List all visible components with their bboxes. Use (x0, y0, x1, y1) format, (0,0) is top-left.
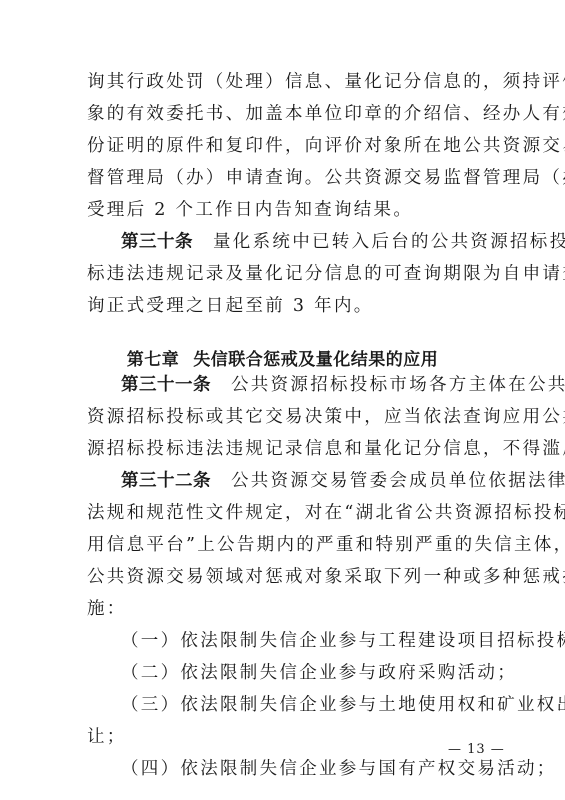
article-31-text: 公共资源招标投标市场各方主体在公共 (231, 375, 565, 395)
article-31-line: 第三十一条公共资源招标投标市场各方主体在公共 (121, 374, 479, 396)
article-32-line: 第三十二条公共资源交易管委会成员单位依据法律 (121, 470, 479, 492)
chapter-heading: 第七章失信联合惩戒及量化结果的应用 (0, 345, 565, 370)
paragraph-line: 象的有效委托书、加盖本单位印章的介绍信、经办人有效身 (87, 103, 479, 125)
paragraph-line: 法规和规范性文件规定，对在“湖北省公共资源招标投标信 (87, 502, 479, 524)
paragraph-line: 源招标投标违法违规记录信息和量化记分信息，不得滥用。 (87, 438, 479, 460)
paragraph-line: 公共资源交易领域对惩戒对象采取下列一种或多种惩戒措 (87, 566, 479, 588)
article-30-text: 量化系统中已转入后台的公共资源招标投 (213, 232, 565, 252)
paragraph-line: 标违法违规记录及量化记分信息的可查询期限为自申请查 (87, 263, 479, 285)
article-32-text: 公共资源交易管委会成员单位依据法律 (231, 471, 565, 491)
paragraph-line: 资源招标投标或其它交易决策中，应当依法查询应用公共资 (87, 406, 479, 428)
list-item: （一）依法限制失信企业参与工程建设项目招标投标； (121, 630, 479, 652)
paragraph-line: 施： (87, 598, 479, 620)
paragraph-line: 受理后 2 个工作日内告知查询结果。 (87, 199, 479, 221)
paragraph-line: 询正式受理之日起至前 3 年内。 (87, 295, 479, 317)
article-30-line: 第三十条量化系统中已转入后台的公共资源招标投 (121, 231, 479, 253)
paragraph-line: 询其行政处罚（处理）信息、量化记分信息的，须持评价对 (87, 71, 479, 93)
list-item: （四）依法限制失信企业参与国有产权交易活动； (121, 758, 479, 780)
article-32-title: 第三十二条 (121, 471, 211, 491)
chapter-number: 第七章 (127, 350, 180, 370)
paragraph-line: 用信息平台”上公告期内的严重和特别严重的失信主体，在 (87, 534, 479, 556)
chapter-title: 失信联合惩戒及量化结果的应用 (193, 350, 438, 370)
article-30-title: 第三十条 (121, 232, 193, 252)
article-31-title: 第三十一条 (121, 375, 211, 395)
document-page: 询其行政处罚（处理）信息、量化记分信息的，须持评价对 象的有效委托书、加盖本单位… (0, 0, 565, 800)
list-item: （三）依法限制失信企业参与土地使用权和矿业权出 (121, 694, 479, 716)
list-item-continuation: 让； (87, 726, 479, 748)
page-number: — 13 — (448, 742, 505, 757)
list-item: （二）依法限制失信企业参与政府采购活动； (121, 662, 479, 684)
paragraph-line: 份证明的原件和复印件，向评价对象所在地公共资源交易监 (87, 135, 479, 157)
paragraph-line: 督管理局（办）申请查询。公共资源交易监督管理局（办） (87, 167, 479, 189)
